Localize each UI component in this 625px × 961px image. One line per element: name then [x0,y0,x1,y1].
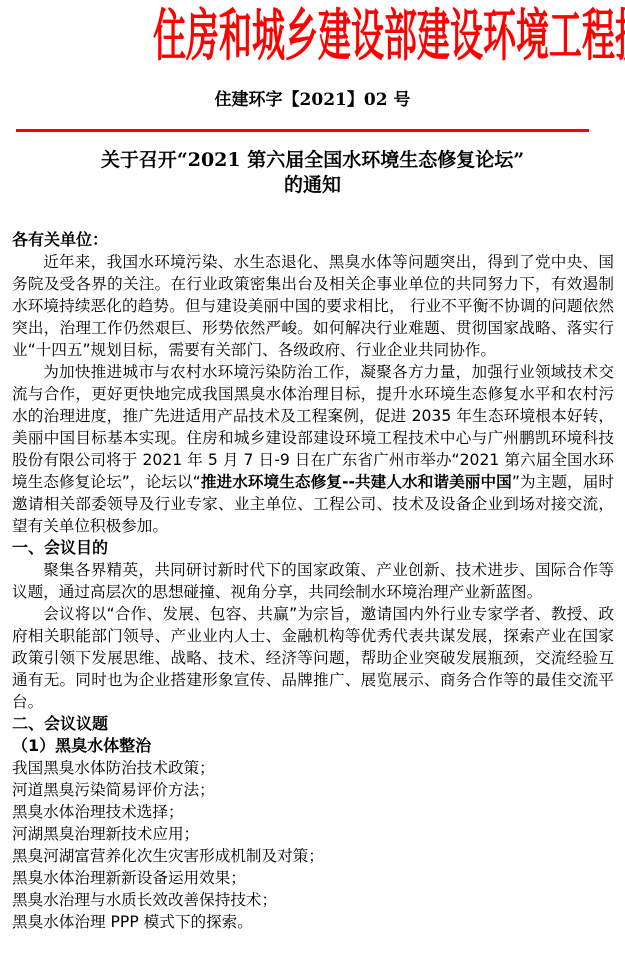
salutation: 各有关单位： [12,229,614,251]
purpose-paragraph: 为加快推进城市与农村水环境污染防治工作，凝聚各方力量，加强行业领域技术交流与合作… [12,361,614,537]
topic-item: 黑臭水治理与水质长效改善保持技术； [12,889,614,911]
topic-item: 黑臭水体治理 PPP 模式下的探索。 [12,911,614,933]
document-number: 住建环字【2021】02 号 [0,88,625,112]
section-heading-meeting-topics: 二、会议议题 [12,713,614,735]
topic-item: 黑臭水体治理技术选择； [12,801,614,823]
notice-title: 关于召开“2021 第六届全国水环境生态修复论坛” 的通知 [0,148,625,198]
topic-item: 河湖黑臭治理新技术应用； [12,823,614,845]
subsection-heading-black-odorous-water: （1）黑臭水体整治 [12,735,614,757]
header-red-divider [16,129,589,132]
topic-item: 我国黑臭水体防治技术政策； [12,757,614,779]
paragraph-text-before-theme: 为加快推进城市与农村水环境污染防治工作，凝聚各方力量，加强行业领域技术交流与合作… [12,363,614,491]
notice-body: 各有关单位： 近年来，我国水环境污染、水生态退化、黑臭水体等问题突出，得到了党中… [12,229,614,933]
forum-theme: 推进水环境生态修复--共建人水和谐美丽中国 [201,473,512,491]
section-heading-meeting-purpose: 一、会议目的 [12,537,614,559]
notice-title-line-1: 关于召开“2021 第六届全国水环境生态修复论坛” [0,148,625,173]
topic-item: 黑臭河湖富营养化次生灾害形成机制及对策； [12,845,614,867]
section-paragraph: 聚集各界精英，共同研讨新时代下的国家政策、产业创新、技术进步、国际合作等议题，通… [12,559,614,603]
topic-item: 黑臭水体治理新新设备运用效果； [12,867,614,889]
section-paragraph: 会议将以“合作、发展、包容、共赢”为宗旨，邀请国内外行业专家学者、教授、政府相关… [12,603,614,713]
intro-paragraph: 近年来，我国水环境污染、水生态退化、黑臭水体等问题突出，得到了党中央、国务院及受… [12,251,614,361]
topic-list: 我国黑臭水体防治技术政策； 河道黑臭污染简易评价方法； 黑臭水体治理技术选择； … [12,757,614,933]
document-page: 住房和城乡建设部建设环境工程技术中心 住建环字【2021】02 号 关于召开“2… [0,0,625,961]
topic-item: 河道黑臭污染简易评价方法； [12,779,614,801]
notice-title-line-2: 的通知 [0,173,625,198]
organization-header: 住房和城乡建设部建设环境工程技术中心 [0,4,625,68]
organization-name: 住房和城乡建设部建设环境工程技术中心 [153,0,625,72]
